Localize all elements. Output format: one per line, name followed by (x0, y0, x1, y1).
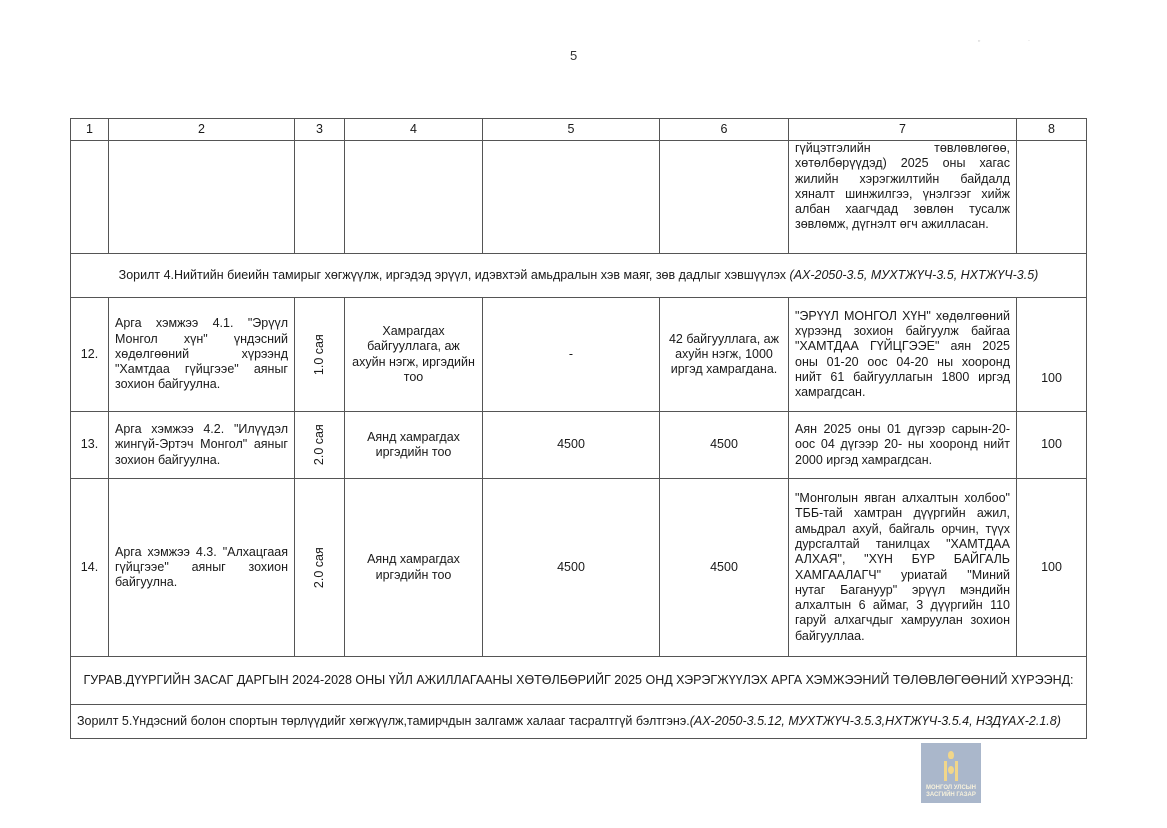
row-number: 13. (71, 412, 109, 479)
budget-cell: 1.0 сая (295, 298, 345, 412)
percent-cell: 100 (1017, 479, 1087, 657)
column-number: 3 (295, 119, 345, 141)
result-cell: "ЭРҮҮЛ МОНГОЛ ХҮН" хөдөлгөөний хүрээнд з… (789, 298, 1017, 412)
column-number: 2 (109, 119, 295, 141)
measure-cell: Арга хэмжээ 4.3. "Алхацгаая гүйцгээе" ая… (109, 479, 295, 657)
column-number: 1 (71, 119, 109, 141)
government-logo: МОНГОЛ УЛСЫН ЗАСГИЙН ГАЗАР (921, 743, 981, 803)
cell-empty (109, 141, 295, 254)
column-number: 4 (345, 119, 483, 141)
section-3-heading: ГУРАВ.ДҮҮРГИЙН ЗАСАГ ДАРГЫН 2024-2028 ОН… (71, 657, 1087, 705)
budget-cell: 2.0 сая (295, 479, 345, 657)
goal-5-row: Зорилт 5.Үндэсний болон спортын төрлүүди… (71, 705, 1087, 739)
row-number: 12. (71, 298, 109, 412)
goal-5-text: Зорилт 5.Үндэсний болон спортын төрлүүди… (77, 714, 690, 728)
target-cell: 4500 (660, 412, 789, 479)
goal-4-row: Зорилт 4.Нийтийн биеийн тамирыг хөгжүүлж… (71, 254, 1087, 298)
measure-cell: Арга хэмжээ 4.2. "Илүүдэл жингүй-Эртэч М… (109, 412, 295, 479)
indicator-cell: Аянд хамрагдах иргэдийн тоо (345, 412, 483, 479)
soyombo-emblem-icon (944, 751, 958, 781)
baseline-cell: - (483, 298, 660, 412)
table-row: 13. Арга хэмжээ 4.2. "Илүүдэл жингүй-Эрт… (71, 412, 1087, 479)
column-number-row: 1 2 3 4 5 6 7 8 (71, 119, 1087, 141)
goal-4-refs: (АХ-2050-3.5, МУХТЖҮЧ-3.5, НХТЖҮЧ-3.5) (790, 268, 1039, 282)
cell-empty (345, 141, 483, 254)
table-row: 14. Арга хэмжээ 4.3. "Алхацгаая гүйцгээе… (71, 479, 1087, 657)
baseline-cell: 4500 (483, 479, 660, 657)
column-number: 5 (483, 119, 660, 141)
scan-mark: . (1028, 36, 1030, 43)
page-number: 5 (570, 48, 577, 63)
row-number: 14. (71, 479, 109, 657)
logo-text-line2: ЗАСГИЙН ГАЗАР (926, 792, 976, 799)
column-number: 7 (789, 119, 1017, 141)
goal-4-text: Зорилт 4.Нийтийн биеийн тамирыг хөгжүүлж… (119, 268, 790, 282)
budget-value: 1.0 сая (312, 334, 327, 375)
column-number: 6 (660, 119, 789, 141)
cell-empty (71, 141, 109, 254)
target-cell: 42 байгууллага, аж ахуйн нэгж, 1000 иргэ… (660, 298, 789, 412)
baseline-cell: 4500 (483, 412, 660, 479)
scan-mark: „ (978, 36, 980, 43)
goal-5-refs: (АХ-2050-3.5.12, МУХТЖҮЧ-3.5.3,НХТЖҮЧ-3.… (690, 714, 1061, 728)
indicator-cell: Хамрагдах байгууллага, аж ахуйн нэгж, ир… (345, 298, 483, 412)
percent-cell: 100 (1017, 298, 1087, 412)
section-3-row: ГУРАВ.ДҮҮРГИЙН ЗАСАГ ДАРГЫН 2024-2028 ОН… (71, 657, 1087, 705)
continued-row: гүйцэтгэлийн төвлөвлөгөө, хөтөлбөрүүдэд)… (71, 141, 1087, 254)
budget-cell: 2.0 сая (295, 412, 345, 479)
goal-5-heading: Зорилт 5.Үндэсний болон спортын төрлүүди… (71, 705, 1087, 739)
column-number: 8 (1017, 119, 1087, 141)
cell-empty (660, 141, 789, 254)
budget-value: 2.0 сая (312, 425, 327, 466)
action-plan-table: 1 2 3 4 5 6 7 8 гүйцэтгэлийн төвлөвлөгөө… (70, 118, 1087, 739)
budget-value: 2.0 сая (312, 547, 327, 588)
result-cell: гүйцэтгэлийн төвлөвлөгөө, хөтөлбөрүүдэд)… (789, 141, 1017, 254)
result-cell: "Монголын явган алхалтын холбоо" ТББ-тай… (789, 479, 1017, 657)
percent-cell: 100 (1017, 412, 1087, 479)
result-cell: Аян 2025 оны 01 дүгээр сарын-20-оос 04 д… (789, 412, 1017, 479)
measure-cell: Арга хэмжээ 4.1. "Эрүүл Монгол хүн" үндэ… (109, 298, 295, 412)
logo-text-line1: МОНГОЛ УЛСЫН (926, 785, 976, 792)
table-row: 12. Арга хэмжээ 4.1. "Эрүүл Монгол хүн" … (71, 298, 1087, 412)
indicator-cell: Аянд хамрагдах иргэдийн тоо (345, 479, 483, 657)
target-cell: 4500 (660, 479, 789, 657)
cell-empty (483, 141, 660, 254)
cell-empty (1017, 141, 1087, 254)
goal-4-heading: Зорилт 4.Нийтийн биеийн тамирыг хөгжүүлж… (71, 254, 1087, 298)
cell-empty (295, 141, 345, 254)
